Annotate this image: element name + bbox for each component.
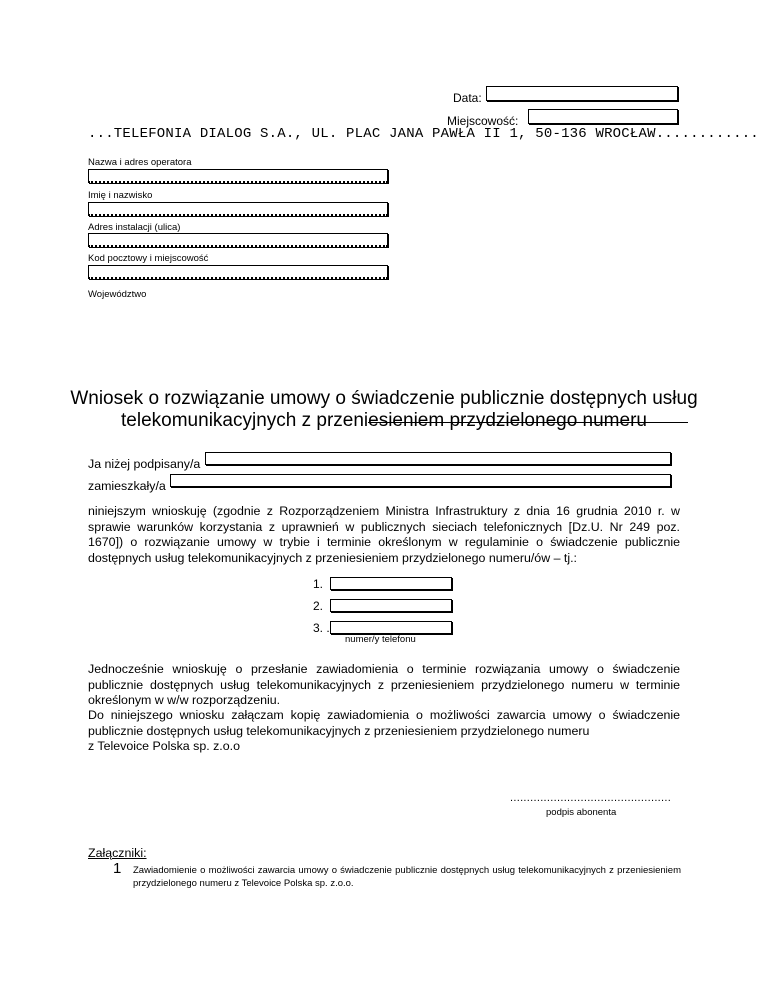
phone-2-label: 2. bbox=[313, 599, 323, 613]
install-address-field[interactable] bbox=[88, 233, 388, 247]
operator-name-label: Nazwa i adres operatora bbox=[88, 157, 192, 168]
phone-3-field[interactable] bbox=[330, 621, 452, 634]
signer-name-label: Ja niżej podpisany/a bbox=[88, 457, 200, 471]
attachments-heading: Załączniki: bbox=[88, 846, 147, 860]
title-line-1: Wniosek o rozwiązanie umowy o świadczeni… bbox=[60, 388, 708, 410]
document-title: Wniosek o rozwiązanie umowy o świadczeni… bbox=[60, 388, 708, 432]
title-underline bbox=[368, 422, 688, 423]
signer-address-field[interactable] bbox=[170, 474, 671, 487]
attachment-paragraph: Do niniejszego wniosku załączam kopię za… bbox=[88, 708, 680, 739]
notice-paragraph: Jednocześnie wnioskuję o przesłanie zawi… bbox=[88, 662, 680, 709]
signature-line: ........................................… bbox=[510, 792, 671, 804]
voivodeship-label: Województwo bbox=[88, 289, 146, 300]
phone-1-label: 1. bbox=[313, 577, 323, 591]
operator-name-field[interactable] bbox=[88, 169, 388, 183]
phone-2-field[interactable] bbox=[330, 599, 452, 612]
signer-name-field[interactable] bbox=[205, 452, 671, 465]
date-label: Data: bbox=[453, 91, 482, 105]
full-name-label: Imię i nazwisko bbox=[88, 190, 152, 201]
attachment-1-number: 1 bbox=[113, 860, 121, 877]
attachment-1-text: Zawiadomienie o możliwości zawarcia umow… bbox=[133, 864, 681, 890]
postal-code-label: Kod pocztowy i miejscowość bbox=[88, 253, 208, 264]
postal-code-field[interactable] bbox=[88, 265, 388, 279]
signature-caption: podpis abonenta bbox=[546, 807, 616, 818]
date-field[interactable] bbox=[486, 86, 678, 101]
phone-caption: numer/y telefonu bbox=[345, 634, 416, 645]
full-name-field[interactable] bbox=[88, 202, 388, 216]
install-address-label: Adres instalacji (ulica) bbox=[88, 222, 180, 233]
signer-address-label: zamieszkały/a bbox=[88, 479, 166, 493]
place-field[interactable] bbox=[528, 109, 678, 124]
operator-line: ...TELEFONIA DIALOG S.A., UL. PLAC JANA … bbox=[88, 126, 759, 142]
phone-3-label: 3. . bbox=[313, 621, 330, 635]
request-paragraph: niniejszym wnioskuję (zgodnie z Rozporzą… bbox=[88, 504, 680, 566]
televoice-line: z Televoice Polska sp. z.o.o bbox=[88, 739, 680, 755]
title-line-2: telekomunikacyjnych z przeniesieniem prz… bbox=[60, 410, 708, 432]
phone-1-field[interactable] bbox=[330, 577, 452, 590]
